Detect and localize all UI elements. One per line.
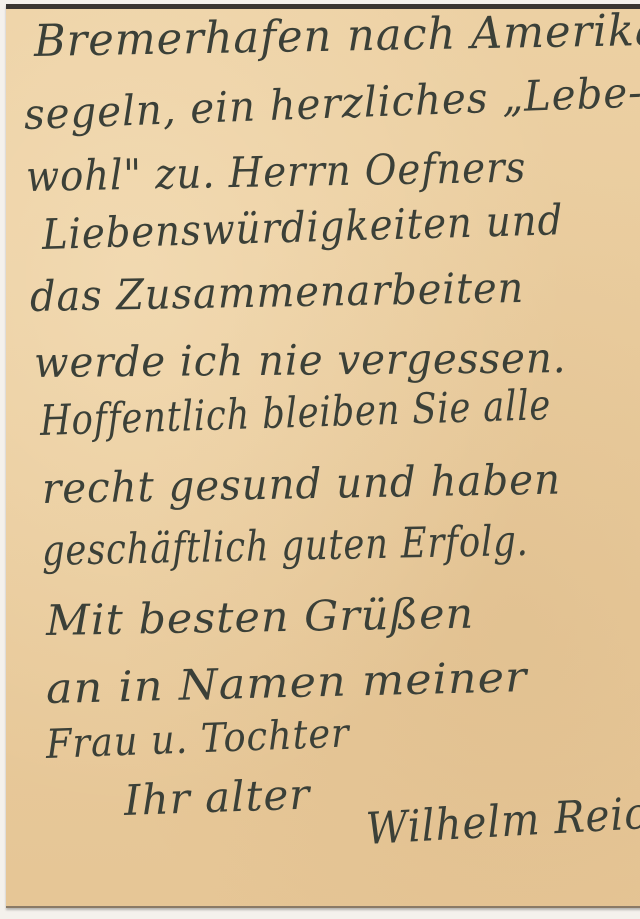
letter-line-12: Frau u. Tochter <box>45 710 350 767</box>
letter-line-3: wohl" zu. Herrn Oefners <box>26 143 527 201</box>
letter-line-10: Mit besten Grüßen <box>46 589 475 645</box>
letter-line-6: werde ich nie vergessen. <box>34 333 567 387</box>
postcard: Bremerhafen nach Amerika segeln, ein her… <box>6 4 640 908</box>
letter-closing: Ihr alter <box>123 770 311 825</box>
letter-line-8: recht gesund und haben <box>42 455 562 513</box>
letter-line-7: Hoffentlich bleiben Sie alle <box>39 380 551 445</box>
signature: Wilhelm Reich <box>365 786 640 855</box>
letter-line-9: geschäftlich guten Erfolg. <box>42 516 529 575</box>
letter-line-11: an in Namen meiner <box>45 652 528 713</box>
letter-line-5: das Zusammenarbeiten <box>30 263 525 321</box>
letter-line-1: Bremerhafen nach Amerika <box>34 5 640 67</box>
letter-line-4: Liebenswürdigkeiten und <box>41 195 563 259</box>
letter-line-2: segeln, ein herzliches „Lebe- <box>23 68 640 139</box>
